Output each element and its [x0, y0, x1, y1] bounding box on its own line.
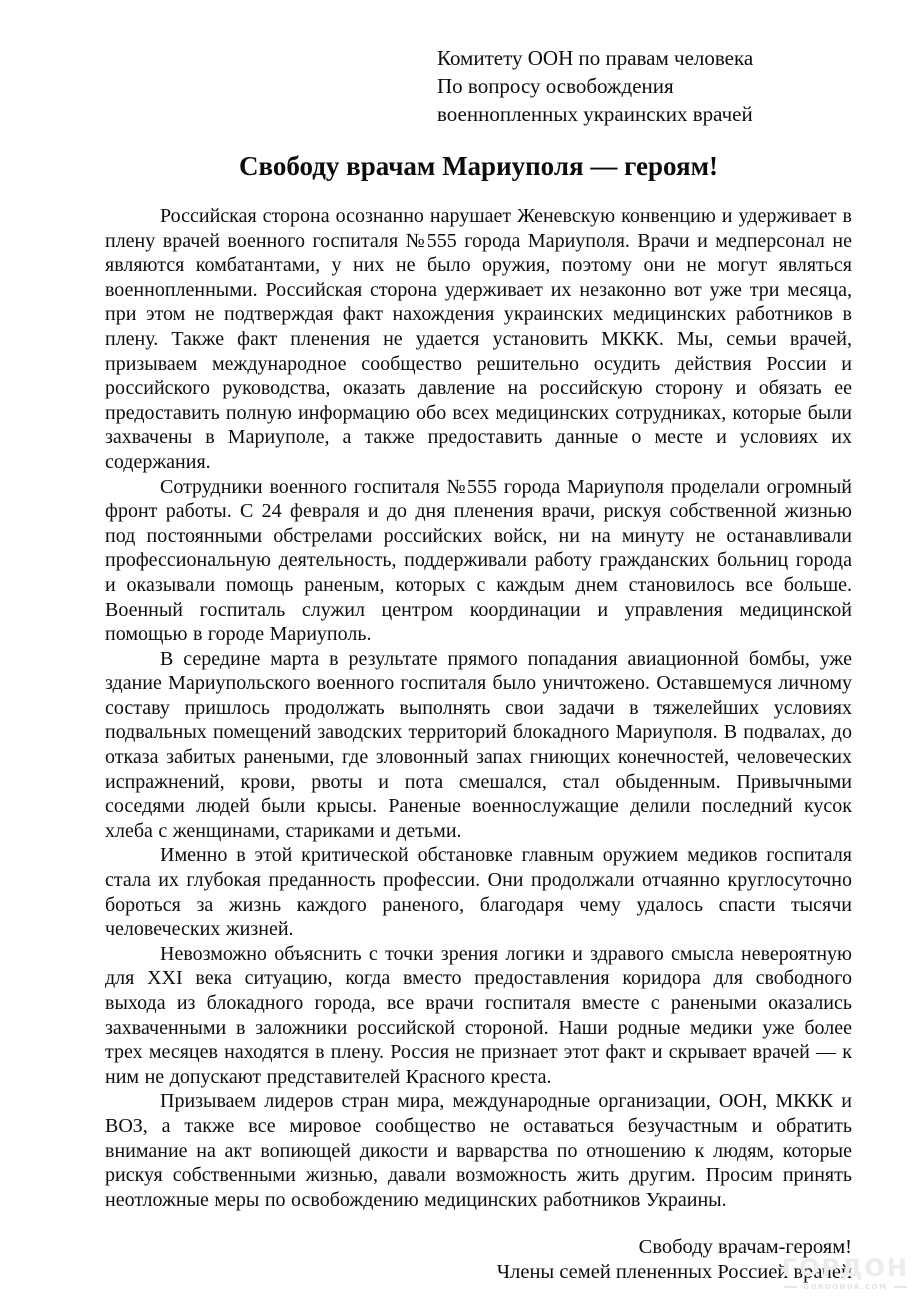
letter-body: Российская сторона осознанно нарушает Же… [105, 204, 852, 1212]
document-title: Свободу врачам Мариуполя — героям! [105, 150, 852, 182]
paragraph-5: Невозможно объяснить с точки зрения логи… [105, 942, 852, 1090]
paragraph-2: Сотрудники военного госпиталя №555 город… [105, 475, 852, 647]
paragraph-1: Российская сторона осознанно нарушает Же… [105, 204, 852, 475]
signature-slogan: Свободу врачам-героям! [105, 1235, 852, 1260]
recipient-line-3: военнопленных украинских врачей [437, 100, 753, 128]
signature-authors: Члены семей плененных Россией врачей [105, 1260, 852, 1285]
gordon-site-url: GORDONUA.COM [803, 1283, 887, 1291]
document-page: Комитету ООН по правам человека По вопро… [0, 0, 920, 1300]
recipient-block: Комитету ООН по правам человека По вопро… [437, 44, 753, 128]
paragraph-4: Именно в этой критической обстановке гла… [105, 843, 852, 941]
recipient-line-1: Комитету ООН по правам человека [437, 44, 753, 72]
dash-left-decoration [784, 1286, 797, 1288]
recipient-line-2: По вопросу освобождения [437, 72, 753, 100]
letter-content: Свободу врачам Мариуполя — героям! Росси… [105, 150, 852, 1285]
gordon-site-row: GORDONUA.COM [782, 1283, 909, 1291]
dash-right-decoration [894, 1286, 907, 1288]
signature-block: Свободу врачам-героям! Члены семей плене… [105, 1235, 852, 1285]
gordon-watermark: ГОРДОН GORDONUA.COM [782, 1256, 909, 1291]
gordon-logo-text: ГОРДОН [782, 1256, 909, 1280]
paragraph-6: Призываем лидеров стран мира, международ… [105, 1089, 852, 1212]
paragraph-3: В середине марта в результате прямого по… [105, 647, 852, 844]
